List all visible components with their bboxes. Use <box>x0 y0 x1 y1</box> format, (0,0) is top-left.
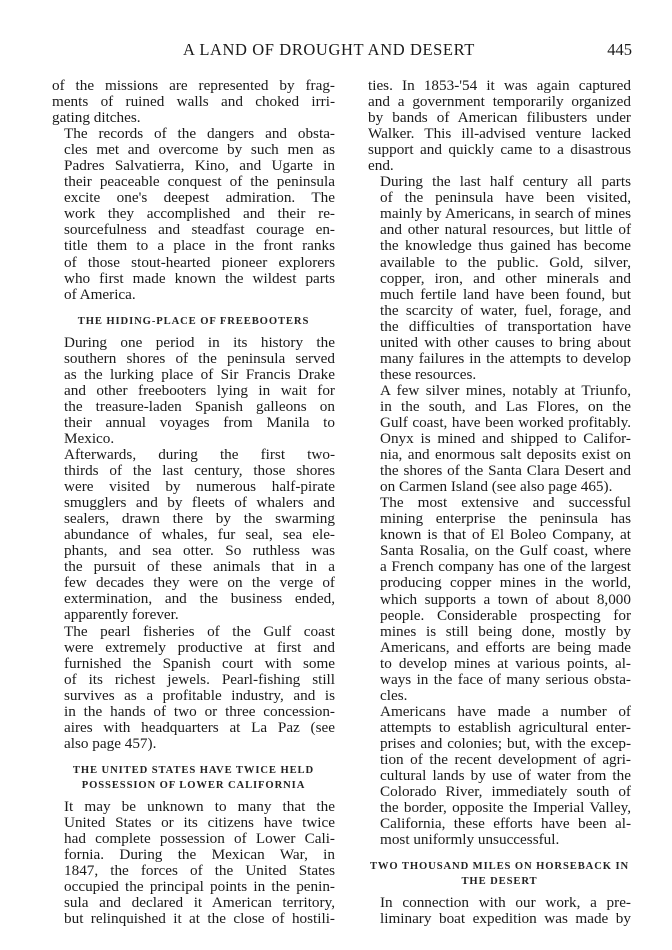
heading-line: TWO THOUSAND MILES ON HORSEBACK IN <box>368 859 631 874</box>
page-number: 445 <box>607 40 632 60</box>
text-line: During the last half century all parts <box>368 174 631 190</box>
running-title: A LAND OF DROUGHT AND DESERT <box>183 40 475 60</box>
paragraph: ties. In 1853-'54 it was again captureda… <box>368 78 631 174</box>
text-line: end. <box>368 158 631 174</box>
heading-line: THE DESERT <box>368 874 631 889</box>
paragraph: In connection with our work, a pre-limin… <box>368 895 631 927</box>
text-line: 1847, the forces of the United States <box>52 863 335 879</box>
text-line: The records of the dangers and obsta- <box>52 126 335 142</box>
text-line: were visited by numerous half-pirate <box>52 479 335 495</box>
text-line: apparently forever. <box>52 607 335 623</box>
text-line: in the hands of two or three concession- <box>52 704 335 720</box>
text-line: fornia. During the Mexican War, in <box>52 847 335 863</box>
text-line: furnished the Spanish court with some <box>52 656 335 672</box>
text-line: the border, opposite the Imperial Valley… <box>368 800 631 816</box>
heading-line: THE UNITED STATES HAVE TWICE HELD <box>52 763 335 778</box>
text-line: of the missions are represented by frag- <box>52 78 335 94</box>
text-line: The most extensive and successful <box>368 495 631 511</box>
text-line: ways in the face of many serious obsta- <box>368 672 631 688</box>
text-line: support and quickly came to a disastrous <box>368 142 631 158</box>
text-line: The pearl fisheries of the Gulf coast <box>52 624 335 640</box>
section-heading: THE HIDING-PLACE OF FREEBOOTERS <box>52 314 335 329</box>
text-line: producing copper mines in the world, <box>368 575 631 591</box>
paragraph: of the missions are represented by frag-… <box>52 78 335 126</box>
text-line: Santa Rosalia, on the Gulf coast, where <box>368 543 631 559</box>
left-column: of the missions are represented by frag-… <box>52 78 335 927</box>
text-line: of its richest jewels. Pearl-fishing sti… <box>52 672 335 688</box>
heading-line: POSSESSION OF LOWER CALIFORNIA <box>52 778 335 793</box>
text-line: smugglers and by fleets of whalers and <box>52 495 335 511</box>
text-line: as the lurking place of Sir Francis Drak… <box>52 367 335 383</box>
text-line: in the south, and Las Flores, on the <box>368 399 631 415</box>
text-line: cles. <box>368 688 631 704</box>
text-line: most uniformly unsuccessful. <box>368 832 631 848</box>
text-line: Gulf coast, have been worked profitably. <box>368 415 631 431</box>
text-line: the scarcity of water, fuel, forage, and <box>368 303 631 319</box>
text-line: the knowledge thus gained has become <box>368 238 631 254</box>
text-line: nia, and enormous salt deposits exist on <box>368 447 631 463</box>
paragraph: During the last half century all partsof… <box>368 174 631 383</box>
paragraph: Americans have made a number ofattempts … <box>368 704 631 848</box>
text-line: the pursuit of these animals that in a <box>52 559 335 575</box>
text-line: It may be unknown to many that the <box>52 799 335 815</box>
text-line: united with other causes to bring about <box>368 335 631 351</box>
text-line: available to the public. Gold, silver, <box>368 255 631 271</box>
text-line: excite one's deepest admiration. The <box>52 190 335 206</box>
text-line: sourcefulness and steadfast courage en- <box>52 222 335 238</box>
text-line: aires with headquarters at La Paz (see <box>52 720 335 736</box>
paragraph: It may be unknown to many that theUnited… <box>52 799 335 927</box>
text-line: also page 457). <box>52 736 335 752</box>
text-line: people. Considerable prospecting for <box>368 608 631 624</box>
paragraph: The records of the dangers and obsta-cle… <box>52 126 335 303</box>
paragraph: A few silver mines, notably at Triunfo,i… <box>368 383 631 495</box>
text-line: thirds of the last century, those shores <box>52 463 335 479</box>
text-line: mining enterprise the peninsula has <box>368 511 631 527</box>
text-line: of the peninsula have been visited, <box>368 190 631 206</box>
text-line: the difficulties of transportation have <box>368 319 631 335</box>
text-line: and other natural resources, but little … <box>368 222 631 238</box>
text-line: much fertile land have been found, but <box>368 287 631 303</box>
text-line: survives as a profitable industry, and i… <box>52 688 335 704</box>
text-line: sula and declared it American territory, <box>52 895 335 911</box>
text-line: tion of the recent development of agri- <box>368 752 631 768</box>
text-line: occupied the principal points in the pen… <box>52 879 335 895</box>
paragraph: The most extensive and successfulmining … <box>368 495 631 704</box>
text-line: ments of ruined walls and choked irri- <box>52 94 335 110</box>
text-line: of those stout-hearted pioneer explorers <box>52 255 335 271</box>
text-line: A few silver mines, notably at Triunfo, <box>368 383 631 399</box>
text-line: Walker. This ill-advised venture lacked <box>368 126 631 142</box>
text-line: were extremely productive at first and <box>52 640 335 656</box>
text-line: by bands of American filibusters under <box>368 110 631 126</box>
text-line: phants, and sea otter. So ruthless was <box>52 543 335 559</box>
text-line: sealers, drawn there by the swarming <box>52 511 335 527</box>
text-line: copper, iron, and other minerals and <box>368 271 631 287</box>
text-line: Americans have made a number of <box>368 704 631 720</box>
text-line: During one period in its history the <box>52 335 335 351</box>
paragraph: Afterwards, during the first two-thirds … <box>52 447 335 624</box>
text-line: had complete possession of Lower Cali- <box>52 831 335 847</box>
text-line: work they accomplished and their re- <box>52 206 335 222</box>
paragraph: The pearl fisheries of the Gulf coastwer… <box>52 624 335 752</box>
text-line: on Carmen Island (see also page 465). <box>368 479 631 495</box>
text-line: the shores of the Santa Clara Desert and <box>368 463 631 479</box>
text-line: their annual voyages from Manila to <box>52 415 335 431</box>
text-line: mainly by Americans, in search of mines <box>368 206 631 222</box>
text-line: many failures in the attempts to develop <box>368 351 631 367</box>
text-line: known is that of El Boleo Company, at <box>368 527 631 543</box>
right-column: ties. In 1853-'54 it was again captureda… <box>368 78 631 927</box>
text-line: cultural lands by use of water from the <box>368 768 631 784</box>
text-line: Mexico. <box>52 431 335 447</box>
text-line: of America. <box>52 287 335 303</box>
text-line: title them to a place in the front ranks <box>52 238 335 254</box>
text-line: United States or its citizens have twice <box>52 815 335 831</box>
text-line: Colorado River, immediately south of <box>368 784 631 800</box>
running-header: A LAND OF DROUGHT AND DESERT 445 <box>0 40 672 60</box>
text-line: Afterwards, during the first two- <box>52 447 335 463</box>
section-heading: TWO THOUSAND MILES ON HORSEBACK INTHE DE… <box>368 859 631 889</box>
text-line: these resources. <box>368 367 631 383</box>
text-line: California, these efforts have been al- <box>368 816 631 832</box>
text-line: extermination, and the business ended, <box>52 591 335 607</box>
text-line: abundance of whales, fur seal, sea ele- <box>52 527 335 543</box>
text-line: few decades they were on the verge of <box>52 575 335 591</box>
text-line: southern shores of the peninsula served <box>52 351 335 367</box>
text-line: ties. In 1853-'54 it was again captured <box>368 78 631 94</box>
text-line: gating ditches. <box>52 110 335 126</box>
text-line: to develop mines at various points, al- <box>368 656 631 672</box>
text-line: liminary boat expedition was made by <box>368 911 631 927</box>
text-line: attempts to establish agricultural enter… <box>368 720 631 736</box>
text-line: prises and colonies; but, with the excep… <box>368 736 631 752</box>
text-line: and a government temporarily organized <box>368 94 631 110</box>
text-line: In connection with our work, a pre- <box>368 895 631 911</box>
text-line: which supports a town of about 8,000 <box>368 592 631 608</box>
text-line: a French company has one of the largest <box>368 559 631 575</box>
text-line: and other freebooters lying in wait for <box>52 383 335 399</box>
text-line: the treasure-laden Spanish galleons on <box>52 399 335 415</box>
text-line: Onyx is mined and shipped to Califor- <box>368 431 631 447</box>
section-heading: THE UNITED STATES HAVE TWICE HELDPOSSESS… <box>52 763 335 793</box>
text-line: Americans, and efforts are being made <box>368 640 631 656</box>
text-line: who first made known the wildest parts <box>52 271 335 287</box>
paragraph: During one period in its history thesout… <box>52 335 335 447</box>
text-line: their peaceable conquest of the peninsul… <box>52 174 335 190</box>
text-line: mines is still being done, mostly by <box>368 624 631 640</box>
text-line: Padres Salvatierra, Kino, and Ugarte in <box>52 158 335 174</box>
text-line: but relinquished it at the close of host… <box>52 911 335 927</box>
text-line: cles met and overcome by such men as <box>52 142 335 158</box>
